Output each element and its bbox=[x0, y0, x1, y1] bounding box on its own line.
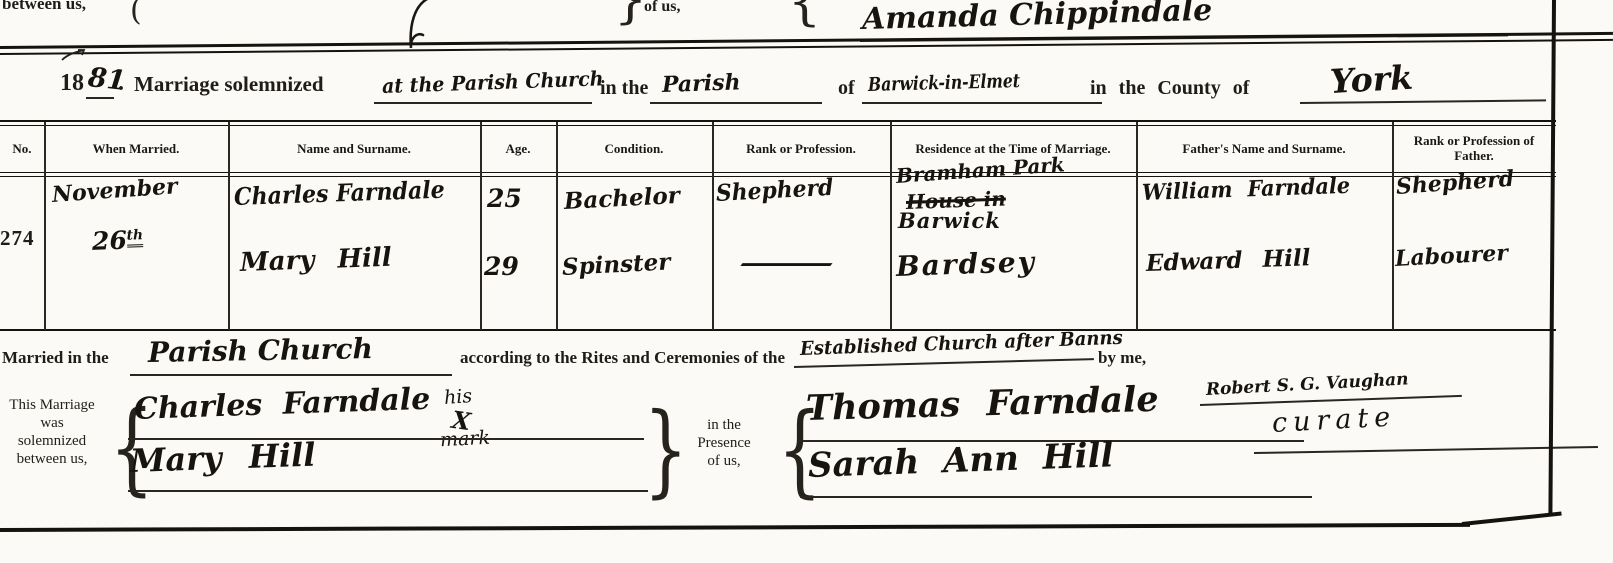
heading-in-the-label: in the bbox=[600, 77, 648, 100]
heading-parish-name-written: Barwick-in-Elmet bbox=[868, 70, 1021, 96]
according-label: according to the Rites and Ceremonies of… bbox=[460, 348, 785, 368]
groom-father-name: William Farndale bbox=[1142, 173, 1351, 206]
groom-age: 25 bbox=[487, 184, 522, 213]
col-header-condition: Condition. bbox=[556, 126, 712, 172]
bride-signature-underline bbox=[128, 490, 648, 492]
this-marriage-line1: This Marriage bbox=[0, 396, 104, 414]
prev-record-close-brace: } bbox=[614, 0, 647, 26]
col-header-when-married: When Married. bbox=[44, 126, 228, 172]
heading-parish-underline bbox=[650, 102, 822, 104]
bride-father-profession: Labourer bbox=[1394, 240, 1508, 272]
heading-period: . bbox=[118, 70, 124, 97]
prev-record-left-brace: ( bbox=[130, 0, 142, 26]
bride-residence: Bardsey bbox=[895, 245, 1036, 283]
church-underline bbox=[130, 374, 452, 376]
this-marriage-line4: between us, bbox=[0, 450, 104, 468]
day-number: 26 bbox=[92, 226, 128, 256]
when-married-month: November bbox=[51, 173, 178, 208]
col-header-name-surname: Name and Surname. bbox=[228, 126, 480, 172]
bride-condition: Spinster bbox=[561, 248, 671, 281]
presence-label: in the Presence of us, bbox=[682, 416, 766, 470]
church-written: Parish Church bbox=[148, 332, 373, 369]
col-header-father-name: Father's Name and Surname. bbox=[1136, 126, 1392, 172]
groom-profession: Shepherd bbox=[715, 174, 834, 207]
heading-parish-name-underline bbox=[862, 102, 1102, 104]
prev-record-of-us-label: of us, bbox=[644, 0, 680, 16]
prev-record-between-us-label: between us, bbox=[2, 0, 86, 14]
col-header-age: Age. bbox=[480, 126, 556, 172]
bride-age: 29 bbox=[484, 252, 519, 281]
witness1-signature: Thomas Farndale bbox=[805, 379, 1159, 429]
bride-name: Mary Hill bbox=[239, 243, 392, 278]
entry-number: 274 bbox=[0, 226, 35, 251]
groom-condition: Bachelor bbox=[563, 182, 680, 215]
groom-signature: Charles Farndale bbox=[133, 382, 430, 427]
col-header-rank-profession: Rank or Profession. bbox=[712, 126, 890, 172]
heading-place-underline bbox=[374, 102, 592, 104]
this-marriage-line3: solemnized bbox=[0, 432, 104, 450]
officiant-title-underline bbox=[1254, 446, 1598, 454]
rites-underline bbox=[794, 358, 1094, 367]
witness2-signature: Sarah Ann Hill bbox=[807, 435, 1114, 486]
col-header-no: No. bbox=[0, 126, 44, 172]
this-marriage-line2: was bbox=[0, 414, 104, 432]
married-in-the-label: Married in the bbox=[2, 348, 109, 368]
officiant-title: curate bbox=[1271, 402, 1397, 439]
bride-profession-dash: — bbox=[736, 248, 837, 277]
page-bottom-border bbox=[0, 523, 1470, 532]
day-suffix: th bbox=[126, 227, 143, 248]
page-bottom-border-corner bbox=[1462, 512, 1562, 526]
rites-written: Established Church after Banns bbox=[800, 327, 1123, 360]
page-right-border bbox=[1548, 0, 1556, 516]
this-marriage-label: This Marriage was solemnized between us, bbox=[0, 396, 104, 468]
bride-signature: Mary Hill bbox=[129, 436, 316, 480]
bride-father-name: Edward Hill bbox=[1146, 244, 1311, 277]
heading-year-underline bbox=[86, 97, 114, 99]
groom-residence-line2: Barwick bbox=[898, 208, 1001, 233]
col-header-father-profession: Rank or Profession of Father. bbox=[1392, 126, 1556, 172]
table-top-border-thick bbox=[0, 120, 1556, 122]
presence-line3: of us, bbox=[682, 452, 766, 470]
presence-line2: Presence bbox=[682, 434, 766, 452]
small-pen-mark bbox=[60, 48, 86, 62]
by-me-label: by me, bbox=[1098, 348, 1146, 368]
heading-year-printed: 18 bbox=[60, 70, 84, 97]
heading-county-written: York bbox=[1329, 58, 1414, 101]
heading-marriage-solemnized-label: Marriage solemnized bbox=[134, 72, 324, 97]
presence-line1: in the bbox=[682, 416, 766, 434]
heading-county-label: in the County of bbox=[1090, 77, 1249, 100]
heading-of-label: of bbox=[838, 77, 855, 100]
witness2-underline bbox=[800, 496, 1312, 498]
groom-name: Charles Farndale bbox=[233, 175, 445, 211]
marriage-register-scan: between us, ( } of us, { Amanda Chippind… bbox=[0, 0, 1613, 563]
prev-record-witness-signature: Amanda Chippindale bbox=[862, 0, 1213, 37]
heading-parish-written: Parish bbox=[662, 69, 741, 98]
table-bottom-border bbox=[0, 329, 1556, 331]
when-married-day: 26th bbox=[92, 225, 144, 256]
heading-place-written: at the Parish Church bbox=[382, 66, 604, 98]
prev-record-open-brace: { bbox=[788, 0, 821, 28]
officiant-signature: Robert S. G. Vaughan bbox=[1205, 369, 1409, 400]
